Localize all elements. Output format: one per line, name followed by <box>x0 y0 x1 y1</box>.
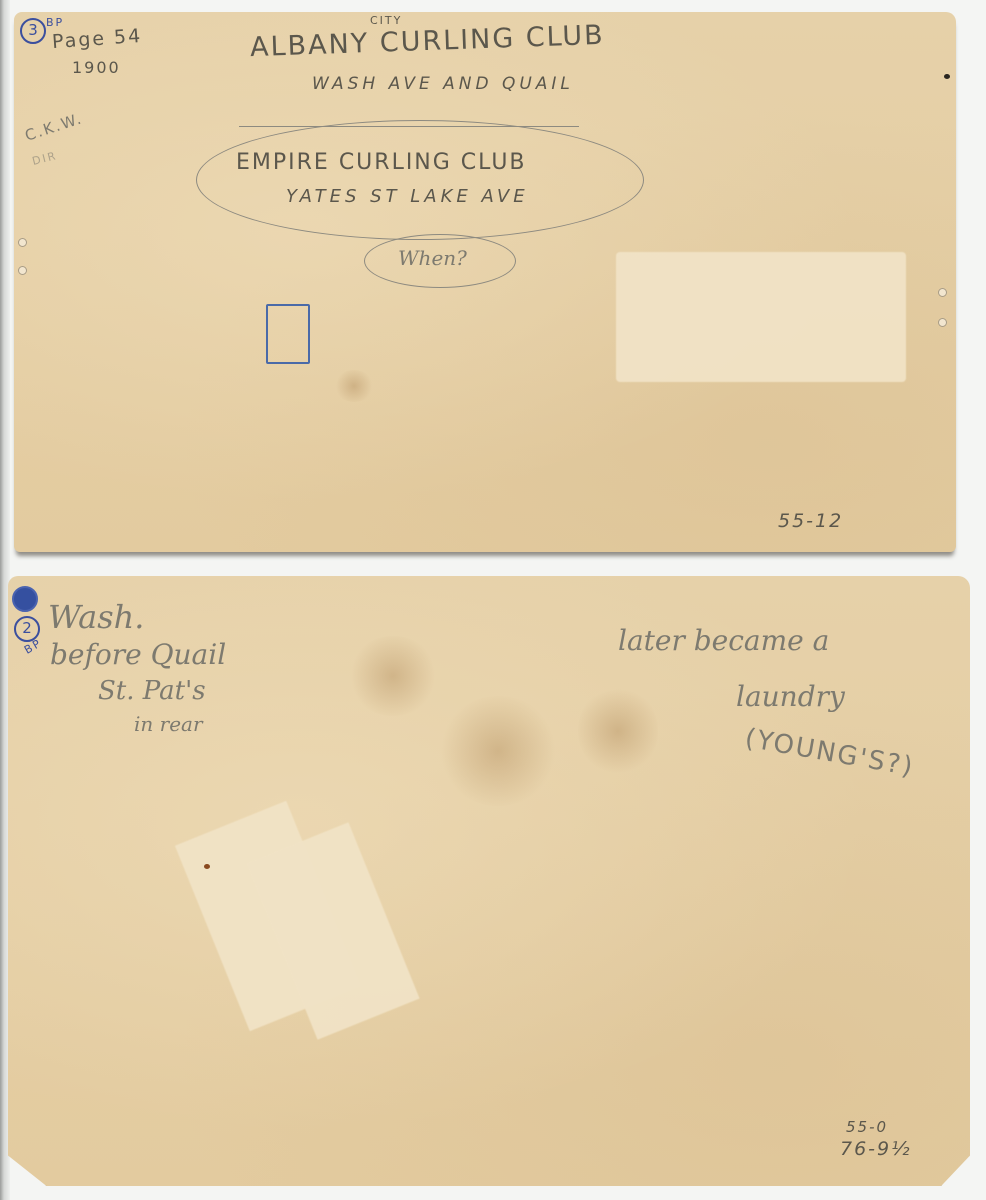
rivet <box>18 238 27 247</box>
circled-number-badge: 3 <box>20 18 46 44</box>
year-note: 1900 <box>72 58 121 77</box>
title-line-1: ALBANY CURLING CLUB <box>250 20 606 63</box>
circled-number: 3 <box>28 21 38 39</box>
right-note-line-1: later became a <box>618 624 829 657</box>
initials-sub: DIR <box>31 149 59 168</box>
right-note-line-2: laundry <box>736 680 845 713</box>
card-back-top: 3 BP Page 54 1900 C.K.W. DIR CITY ALBANY… <box>14 12 956 552</box>
left-note-line-4: in rear <box>134 712 203 736</box>
rivet <box>938 318 947 327</box>
blue-box-mark <box>266 304 310 364</box>
circle-suffix: BP <box>46 16 64 29</box>
oval-annotation <box>196 120 644 240</box>
city-note: CITY <box>370 14 402 27</box>
rivet <box>18 266 27 275</box>
blue-stamp <box>12 586 38 612</box>
page-note: Page 54 <box>51 25 143 53</box>
stain <box>348 636 438 716</box>
erased-area <box>616 252 906 382</box>
underline-stroke <box>239 126 579 127</box>
left-note-line-3: St. Pat's <box>98 676 206 706</box>
stain <box>578 686 658 776</box>
stain <box>334 370 374 402</box>
left-note-line-2: before Quail <box>50 638 226 671</box>
title-line-2: WASH AVE AND QUAIL <box>312 74 574 94</box>
catalog-number: 55-12 <box>778 510 843 532</box>
right-note-line-3: (YOUNG'S?) <box>743 723 917 782</box>
initials-note: C.K.W. <box>23 109 85 145</box>
oval-line-1: EMPIRE CURLING CLUB <box>236 150 527 175</box>
card-back-bottom: 2 BP Wash. before Quail St. Pat's in rea… <box>8 576 970 1186</box>
stain <box>438 696 558 806</box>
circled-number: 2 <box>22 619 32 637</box>
catalog-line-2: 76-9½ <box>840 1138 912 1160</box>
query-note: When? <box>398 246 467 270</box>
ink-dot <box>944 74 950 79</box>
rust-spot <box>204 864 210 869</box>
rivet <box>938 288 947 297</box>
left-note-line-1: Wash. <box>48 598 144 636</box>
catalog-line-1: 55-0 <box>846 1118 888 1136</box>
oval-line-2: YATES ST LAKE AVE <box>286 186 529 207</box>
